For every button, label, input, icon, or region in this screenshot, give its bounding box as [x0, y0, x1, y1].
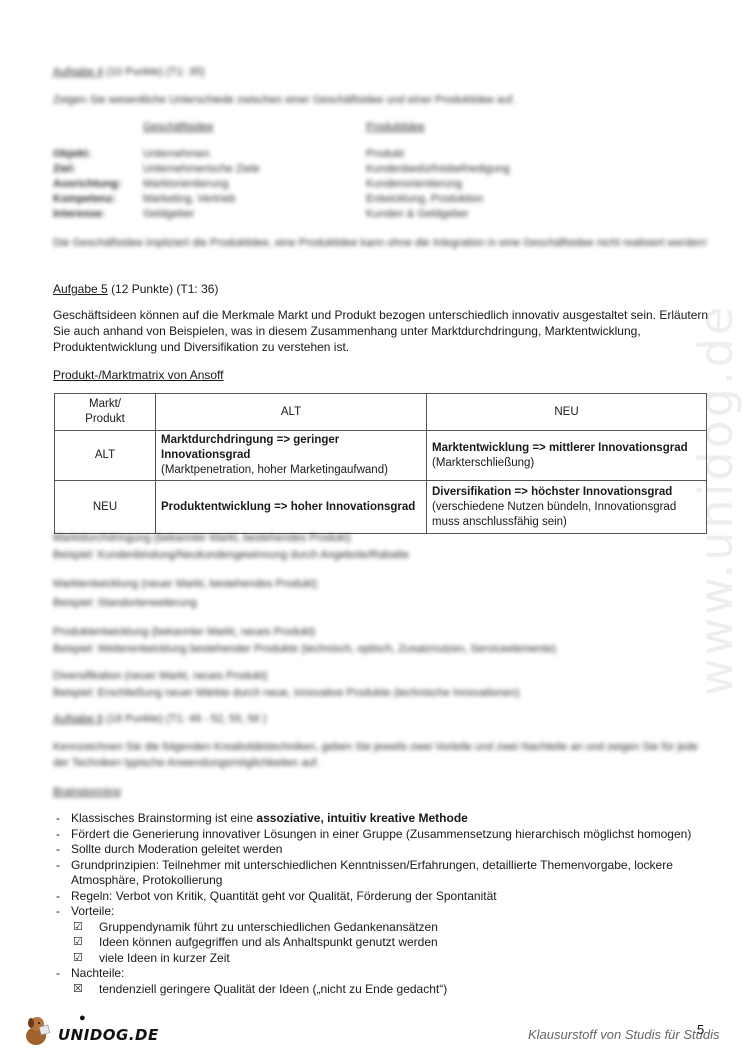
task4-row: Ziel:Unternehmerische ZieleKundenbedürfn…	[53, 163, 693, 178]
task4-col-header-1: Geschäftsidee	[143, 121, 213, 133]
list-item: Regeln: Verbot von Kritik, Quantität geh…	[53, 889, 713, 905]
checkbox-checked-icon: ☑	[73, 920, 83, 936]
matrix-col-header: NEU	[427, 394, 707, 431]
task4-heading: Aufgabe 4 (10 Punkte) (T1: 35)	[53, 64, 205, 80]
pro-item: ☑Gruppendynamik führt zu unterschiedlich…	[71, 920, 713, 936]
task5-question: Geschäftsideen können auf die Merkmale M…	[53, 307, 713, 355]
document-page: www.unidog.de Aufgabe 4 (10 Punkte) (T1:…	[0, 0, 750, 1059]
list-item-pros: Vorteile: ☑Gruppendynamik führt zu unter…	[53, 904, 713, 966]
matrix-col-header: ALT	[156, 394, 427, 431]
explanation-block: Marktentwicklung (neuer Markt, bestehend…	[53, 575, 317, 613]
unidog-logo: ● UNIDOG.DE	[22, 1012, 152, 1048]
matrix-cell-marktdurchdringung: Marktdurchdringung => geringer Innovatio…	[156, 431, 427, 481]
task6-question: Kennzeichnen Sie die folgenden Kreativit…	[53, 739, 713, 771]
matrix-cell-produktentwicklung: Produktentwicklung => hoher Innovationsg…	[156, 481, 427, 534]
brainstorming-heading: Brainstorming	[53, 786, 121, 798]
task4-row: Ausrichtung:MarktorientierungKundenorien…	[53, 178, 693, 193]
checkbox-crossed-icon: ☒	[73, 982, 83, 998]
list-item: Fördert die Generierung innovativer Lösu…	[53, 827, 713, 843]
task4-col-header-2: Produktidee	[366, 121, 425, 133]
page-number: 5	[697, 1022, 704, 1037]
matrix-row-header: NEU	[55, 481, 156, 534]
task4-row: Interesse:GeldgeberKunden & Geldgeber	[53, 208, 693, 223]
task4-question: Zeigen Sie wesentliche Unterschiede zwis…	[53, 92, 515, 108]
con-item: ☒tendenziell geringere Qualität der Idee…	[71, 982, 713, 998]
dog-mascot-icon	[22, 1014, 52, 1046]
explanation-block: Diversifikation (neuer Markt, neues Prod…	[53, 668, 520, 702]
matrix-corner: Markt/Produkt	[55, 394, 156, 431]
pro-item: ☑viele Ideen in kurzer Zeit	[71, 951, 713, 967]
list-item: Klassisches Brainstorming ist eine assoz…	[53, 811, 713, 827]
list-item: Grundprinzipien: Teilnehmer mit untersch…	[53, 858, 713, 889]
task4-conclusion: Die Geschäftsidee impliziert die Produkt…	[53, 236, 708, 251]
task5-heading: Aufgabe 5 (12 Punkte) (T1: 36)	[53, 281, 218, 297]
brainstorming-list: Klassisches Brainstorming ist eine assoz…	[53, 811, 713, 997]
matrix-cell-diversifikation: Diversifikation => höchster Innovationsg…	[427, 481, 707, 534]
checkbox-checked-icon: ☑	[73, 935, 83, 951]
explanation-block: Marktdurchdringung (bekannter Markt, bes…	[53, 530, 409, 564]
ansoff-matrix: Markt/Produkt ALT NEU ALT Marktdurchdrin…	[54, 393, 707, 534]
task4-row: Objekt:UnternehmenProdukt	[53, 148, 693, 163]
matrix-cell-marktentwicklung: Marktentwicklung => mittlerer Innovation…	[427, 431, 707, 481]
explanation-block: Produktentwicklung (bekannter Markt, neu…	[53, 624, 556, 658]
checkbox-checked-icon: ☑	[73, 951, 83, 967]
task6-heading: Aufgabe 6 (18 Punkte) (T1: 49 - 52, 55, …	[53, 713, 266, 725]
task4-row: Kompetenz:Marketing, VertriebEntwicklung…	[53, 193, 693, 208]
paw-icon: ●	[79, 1012, 86, 1024]
pro-item: ☑Ideen können aufgegriffen und als Anhal…	[71, 935, 713, 951]
matrix-row-header: ALT	[55, 431, 156, 481]
matrix-title: Produkt-/Marktmatrix von Ansoff	[53, 367, 224, 383]
list-item-cons: Nachteile: ☒tendenziell geringere Qualit…	[53, 966, 713, 997]
list-item: Sollte durch Moderation geleitet werden	[53, 842, 713, 858]
footer-slogan: Klausurstoff von Studis für Studis	[528, 1027, 719, 1042]
